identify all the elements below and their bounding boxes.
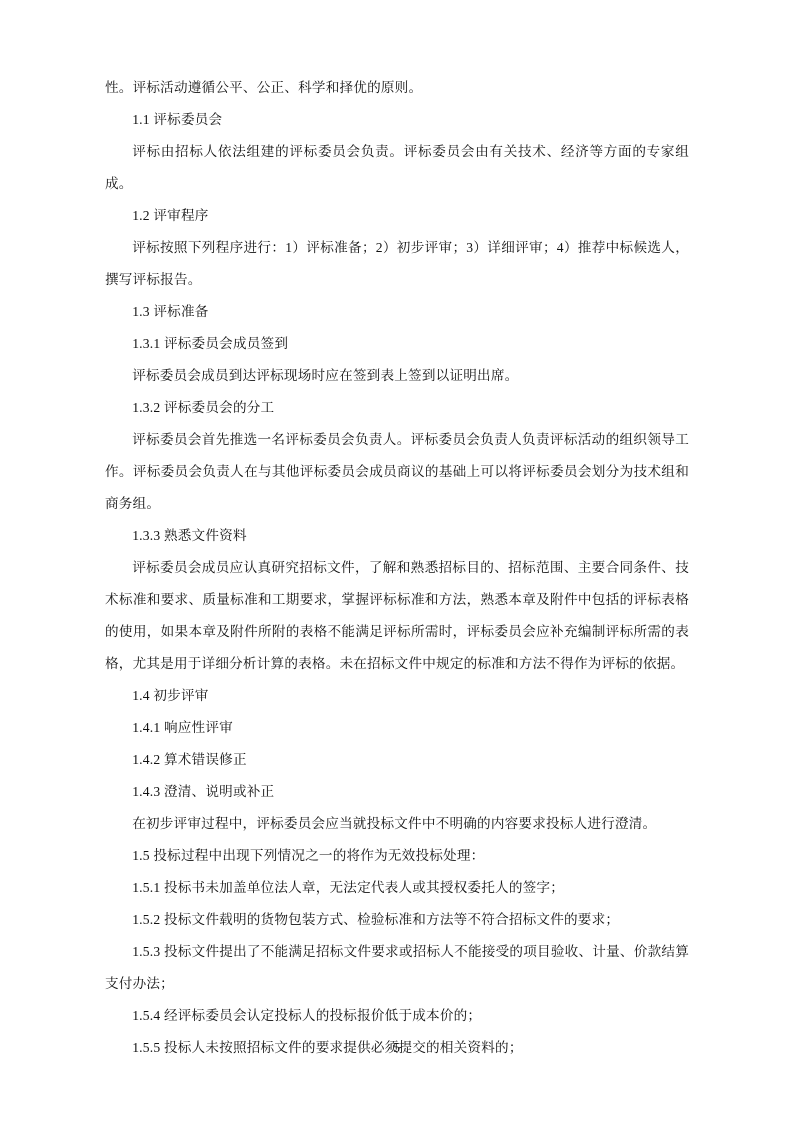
paragraph: 1.5.2 投标文件载明的货物包装方式、检验标准和方法等不符合招标文件的要求；	[105, 904, 689, 936]
page-number: 5	[0, 1038, 793, 1058]
paragraph: 在初步评审过程中，评标委员会应当就投标文件中不明确的内容要求投标人进行澄清。	[105, 808, 689, 840]
section-heading: 1.4.3 澄清、说明或补正	[105, 776, 689, 808]
paragraph: 1.5.1 投标书未加盖单位法人章，无法定代表人或其授权委托人的签字；	[105, 872, 689, 904]
section-heading: 1.3.2 评标委员会的分工	[105, 392, 689, 424]
section-heading: 1.1 评标委员会	[105, 104, 689, 136]
paragraph: 评标委员会成员到达评标现场时应在签到表上签到以证明出席。	[105, 360, 689, 392]
document-body: 性。评标活动遵循公平、公正、科学和择优的原则。1.1 评标委员会评标由招标人依法…	[105, 72, 689, 1064]
section-heading: 1.4 初步评审	[105, 680, 689, 712]
section-heading: 1.5 投标过程中出现下列情况之一的将作为无效投标处理：	[105, 840, 689, 872]
paragraph: 1.5.4 经评标委员会认定投标人的投标报价低于成本价的；	[105, 1000, 689, 1032]
paragraph: 评标委员会首先推选一名评标委员会负责人。评标委员会负责人负责评标活动的组织领导工…	[105, 424, 689, 520]
paragraph: 1.5.3 投标文件提出了不能满足招标文件要求或招标人不能接受的项目验收、计量、…	[105, 936, 689, 1000]
paragraph: 评标按照下列程序进行：1）评标准备；2）初步评审；3）详细评审；4）推荐中标候选…	[105, 232, 689, 296]
section-heading: 1.2 评审程序	[105, 200, 689, 232]
section-heading: 1.4.2 算术错误修正	[105, 744, 689, 776]
document-page: 性。评标活动遵循公平、公正、科学和择优的原则。1.1 评标委员会评标由招标人依法…	[0, 0, 793, 1122]
section-heading: 1.3 评标准备	[105, 296, 689, 328]
section-heading: 1.4.1 响应性评审	[105, 712, 689, 744]
paragraph: 评标由招标人依法组建的评标委员会负责。评标委员会由有关技术、经济等方面的专家组成…	[105, 136, 689, 200]
paragraph: 性。评标活动遵循公平、公正、科学和择优的原则。	[105, 72, 689, 104]
paragraph: 评标委员会成员应认真研究招标文件，了解和熟悉招标目的、招标范围、主要合同条件、技…	[105, 552, 689, 680]
section-heading: 1.3.1 评标委员会成员签到	[105, 328, 689, 360]
section-heading: 1.3.3 熟悉文件资料	[105, 520, 689, 552]
